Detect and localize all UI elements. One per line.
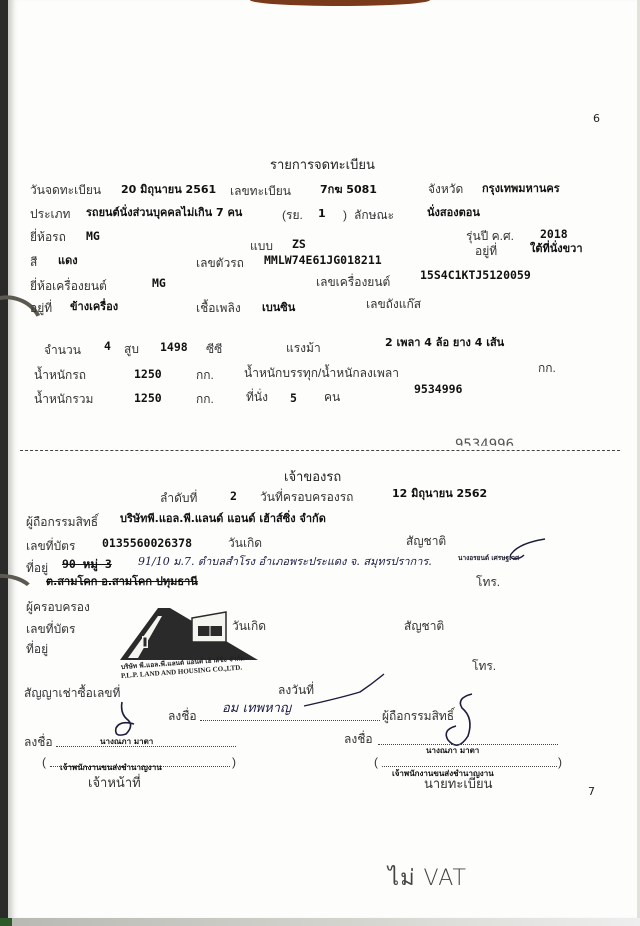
page-number-bottom: 7	[588, 786, 595, 797]
holder-name: บริษัทพี.แอล.พี.แลนด์ แอนด์ เฮ้าส์ซิ่ง จ…	[120, 513, 326, 524]
possessor-label: ผู้ครอบครอง	[26, 601, 90, 613]
cylinders-unit: สูบ	[124, 343, 139, 355]
officer-right-role: นายทะเบียน	[424, 777, 493, 790]
owner-phone-label: โทร.	[476, 576, 500, 588]
engine-number-label: เลขเครื่องยนต์	[316, 276, 390, 288]
owner-id-label: เลขที่บัตร	[26, 540, 75, 552]
model-label: แบบ	[250, 240, 273, 252]
owner-id-number: 0135560026378	[102, 538, 192, 550]
fuel: เบนซิน	[262, 302, 295, 313]
owner-address-label: ที่อยู่	[26, 562, 48, 574]
model-year: 2018	[540, 229, 568, 241]
brand: MG	[86, 231, 100, 243]
possessor-phone-label: โทร.	[472, 660, 496, 672]
possession-date: 12 มิถุนายน 2562	[392, 488, 487, 499]
officer-left-title: เจ้าพนักงานขนส่งชำนาญงาน	[60, 761, 162, 774]
type-label: ประเภท	[30, 208, 70, 220]
officer-left-open-paren: (	[42, 756, 46, 768]
chassis-location: ใต้ที่นั่งขวา	[530, 243, 583, 254]
province: กรุงเทพมหานคร	[482, 183, 560, 194]
reg-date-label: วันจดทะเบียน	[30, 184, 101, 196]
holder-signature: อม เทพหาญ	[222, 702, 291, 715]
cc-value: 1498	[160, 342, 188, 354]
initial-signature-icon	[500, 535, 560, 561]
seats-label: ที่นั่ง	[246, 391, 268, 403]
engine-location-label: อยู่ที่	[30, 302, 52, 314]
vehicle-style: นั่งสองตอน	[427, 207, 480, 218]
scan-left-edge	[0, 0, 8, 926]
plate-number: 7กฆ 5081	[320, 184, 377, 195]
year-label: รุ่นปี ค.ศ.	[466, 230, 514, 242]
vehicle-weight: 1250	[134, 369, 162, 381]
brand-label: ยี่ห้อรถ	[30, 231, 66, 243]
possessor-id-label: เลขที่บัตร	[26, 623, 75, 635]
type-code: 1	[318, 208, 326, 219]
type-code-suffix: )	[343, 209, 347, 221]
signature-stroke-icon	[300, 670, 390, 710]
officer-right-title-line	[382, 752, 557, 767]
engine-number: 15S4C1KTJ5120059	[420, 270, 531, 282]
province-label: จังหวัด	[428, 183, 463, 195]
owner-address-struck: 90 หมู่ 3	[62, 559, 112, 571]
owner-address-line2-struck: ต.สามโคก อ.สามโคก ปทุมธานี	[46, 576, 198, 587]
owner-order: 2	[230, 491, 237, 503]
chassis-number: MMLW74E61JG018211	[264, 255, 382, 267]
officer-right-sign-line	[378, 730, 558, 745]
load-label: น้ำหนักบรรทุก/น้ำหนักลงเพลา	[244, 367, 399, 379]
reg-date: 20 มิถุนายน 2561	[121, 184, 216, 195]
officer-right-sign-label: ลงชื่อ	[344, 733, 373, 745]
weight-label: น้ำหนักรถ	[34, 369, 86, 381]
gross-weight-unit: กก.	[196, 393, 214, 405]
cylinders-label: จำนวน	[44, 344, 81, 356]
officer-left-sign-label: ลงชื่อ	[24, 736, 53, 748]
possessor-address-label: ที่อยู่	[26, 643, 48, 655]
seats: 5	[290, 393, 297, 405]
gas-tank-label: เลขถังแก๊ส	[366, 298, 421, 310]
hire-purchase-label: สัญญาเช่าซื้อเลขที่	[24, 687, 120, 699]
gross-weight: 1250	[134, 393, 162, 405]
possession-date-label: วันที่ครอบครองรถ	[260, 491, 353, 503]
house-logo-icon	[118, 602, 268, 662]
cylinders: 4	[104, 341, 111, 353]
officer-left-role: เจ้าหน้าที่	[88, 776, 141, 789]
horsepower-label: แรงม้า	[286, 342, 321, 354]
gross-weight-label: น้ำหนักรวม	[34, 393, 93, 405]
type-code-prefix: (รย.	[282, 209, 303, 221]
engine-location: ข้างเครื่อง	[70, 301, 118, 312]
officer-left-close-paren: )	[232, 756, 236, 768]
seats-unit: คน	[324, 391, 340, 403]
vehicle-type: รถยนต์นั่งส่วนบุคคลไม่เกิน 7 คน	[86, 207, 242, 218]
document-number: 9534996	[414, 384, 462, 396]
engine-brand-label: ยี่ห้อเครื่องยนต์	[30, 280, 107, 292]
load-unit: กก.	[538, 362, 556, 374]
order-label: ลำดับที่	[160, 492, 197, 504]
owner-nationality-label: สัญชาติ	[406, 535, 446, 547]
perforation-line	[20, 450, 620, 451]
model: ZS	[292, 239, 306, 251]
officer-right-open-paren: (	[374, 756, 378, 768]
chassis-location-label: อยู่ที่	[475, 245, 497, 257]
owner-birth-label: วันเกิด	[228, 537, 262, 549]
style-label: ลักษณะ	[354, 209, 394, 221]
axles-wheels: 2 เพลา 4 ล้อ ยาง 4 เส้น	[385, 337, 504, 348]
page-number-top: 6	[593, 113, 600, 124]
company-stamp: บริษัท พี.แอล.พี.แลนด์ แอนด์ เฮ้าส์ซิ่ง …	[118, 602, 268, 686]
color: แดง	[58, 255, 78, 266]
owner-title: เจ้าของรถ	[284, 470, 341, 483]
plate-label: เลขทะเบียน	[230, 185, 291, 197]
owner-address-handwritten: 91/10 ม.7. ตำบลสำโรง อำเภอพระประแดง จ. ส…	[138, 556, 432, 567]
officer-left-name: นางณภา มาตา	[100, 735, 153, 748]
engine-brand: MG	[152, 278, 166, 290]
holder-sign-label: ลงชื่อ	[168, 710, 197, 722]
holder-label: ผู้ถือกรรมสิทธิ์	[26, 516, 98, 528]
handwritten-note-no-vat: ไม่ VAT	[388, 868, 467, 890]
chassis-label: เลขตัวรถ	[196, 257, 244, 269]
cc-unit: ซีซี	[206, 343, 222, 355]
weight-unit: กก.	[196, 369, 214, 381]
registration-title: รายการจดทะเบียน	[270, 158, 375, 171]
color-label: สี	[30, 256, 37, 268]
possessor-nationality-label: สัญชาติ	[404, 620, 444, 632]
officer-right-close-paren: )	[558, 756, 562, 768]
fuel-label: เชื้อเพลิง	[196, 302, 241, 314]
scan-bottom-edge	[0, 918, 640, 926]
